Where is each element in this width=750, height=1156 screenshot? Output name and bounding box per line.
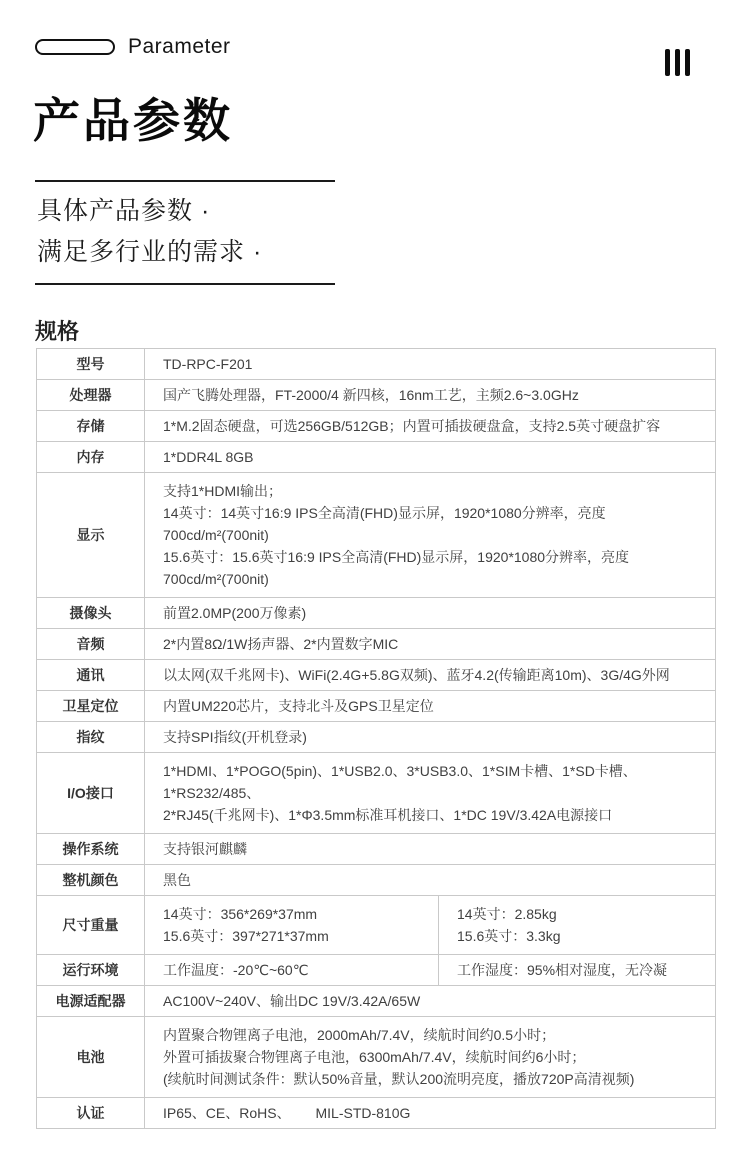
- row-value: TD-RPC-F201: [145, 349, 715, 379]
- row-value: 2*内置8Ω/1W扬声器、2*内置数字MIC: [145, 629, 715, 659]
- table-row: 操作系统支持银河麒麟: [37, 833, 715, 864]
- row-label: 摄像头: [37, 598, 145, 628]
- row-value-right: 工作湿度：95%相对湿度，无冷凝: [438, 955, 715, 985]
- value-line: 1*HDMI、1*POGO(5pin)、1*USB2.0、3*USB3.0、1*…: [163, 760, 701, 804]
- row-value: 以太网(双千兆网卡)、WiFi(2.4G+5.8G双频)、蓝牙4.2(传输距离1…: [145, 660, 715, 690]
- header-badge-row: Parameter: [35, 36, 231, 58]
- row-label: I/O接口: [37, 753, 145, 833]
- three-vertical-bars-icon: [665, 49, 690, 76]
- row-value-right: 14英寸：2.85kg15.6英寸：3.3kg: [438, 896, 715, 954]
- row-value-split: 14英寸：356*269*37mm15.6英寸：397*271*37mm14英寸…: [145, 896, 715, 954]
- value-line: 工作湿度：95%相对湿度，无冷凝: [457, 959, 705, 981]
- row-label: 操作系统: [37, 834, 145, 864]
- row-value: 支持SPI指纹(开机登录): [145, 722, 715, 752]
- value-line: TD-RPC-F201: [163, 353, 701, 375]
- table-row: 电源适配器AC100V~240V、输出DC 19V/3.42A/65W: [37, 985, 715, 1016]
- value-line: 2*内置8Ω/1W扬声器、2*内置数字MIC: [163, 633, 701, 655]
- value-line: 黑色: [163, 869, 701, 891]
- value-line: (续航时间测试条件：默认50%音量，默认200流明亮度，播放720P高清视频): [163, 1068, 701, 1090]
- row-label: 电池: [37, 1017, 145, 1097]
- parameter-label: Parameter: [128, 35, 231, 59]
- subtitle-text: 具体产品参数 · 满足多行业的需求 ·: [35, 182, 335, 283]
- table-row: 内存1*DDR4L 8GB: [37, 441, 715, 472]
- value-line: 15.6英寸：15.6英寸16:9 IPS全高清(FHD)显示屏，1920*10…: [163, 546, 701, 590]
- row-label: 卫星定位: [37, 691, 145, 721]
- row-label: 存储: [37, 411, 145, 441]
- value-line: 15.6英寸：397*271*37mm: [163, 925, 428, 947]
- row-label: 认证: [37, 1098, 145, 1128]
- row-label: 指纹: [37, 722, 145, 752]
- value-line: 支持SPI指纹(开机登录): [163, 726, 701, 748]
- value-line: 支持银河麒麟: [163, 838, 701, 860]
- table-row: 整机颜色黑色: [37, 864, 715, 895]
- table-row: 指纹支持SPI指纹(开机登录): [37, 721, 715, 752]
- row-value: 黑色: [145, 865, 715, 895]
- table-row: 处理器国产飞腾处理器，FT-2000/4 新四核，16nm工艺，主频2.6~3.…: [37, 379, 715, 410]
- row-label: 通讯: [37, 660, 145, 690]
- spec-table: 型号TD-RPC-F201处理器国产飞腾处理器，FT-2000/4 新四核，16…: [36, 348, 716, 1129]
- value-line: 国产飞腾处理器，FT-2000/4 新四核，16nm工艺，主频2.6~3.0GH…: [163, 384, 701, 406]
- value-line: 1*M.2固态硬盘，可选256GB/512GB；内置可插拔硬盘盒，支持2.5英寸…: [163, 415, 701, 437]
- value-line: 1*DDR4L 8GB: [163, 446, 701, 468]
- row-label: 型号: [37, 349, 145, 379]
- row-value-split: 工作温度：-20℃~60℃工作湿度：95%相对湿度，无冷凝: [145, 955, 715, 985]
- table-row: 摄像头前置2.0MP(200万像素): [37, 597, 715, 628]
- menu-bar: [685, 49, 690, 76]
- value-line: 内置聚合物锂离子电池，2000mAh/7.4V，续航时间约0.5小时；: [163, 1024, 701, 1046]
- row-value-left: 工作温度：-20℃~60℃: [145, 955, 438, 985]
- row-value: 支持银河麒麟: [145, 834, 715, 864]
- table-row: 卫星定位内置UM220芯片，支持北斗及GPS卫星定位: [37, 690, 715, 721]
- table-row: 音频2*内置8Ω/1W扬声器、2*内置数字MIC: [37, 628, 715, 659]
- row-label: 音频: [37, 629, 145, 659]
- table-row: I/O接口1*HDMI、1*POGO(5pin)、1*USB2.0、3*USB3…: [37, 752, 715, 833]
- row-label: 尺寸重量: [37, 896, 145, 954]
- row-value: 内置聚合物锂离子电池，2000mAh/7.4V，续航时间约0.5小时；外置可插拔…: [145, 1017, 715, 1097]
- subtitle-block: 具体产品参数 · 满足多行业的需求 ·: [35, 180, 335, 285]
- parameter-pill-outline-icon: [35, 39, 115, 55]
- subtitle-line-1: 具体产品参数 ·: [37, 191, 335, 232]
- value-line: 14英寸：356*269*37mm: [163, 903, 428, 925]
- row-label: 显示: [37, 473, 145, 597]
- row-value: 国产飞腾处理器，FT-2000/4 新四核，16nm工艺，主频2.6~3.0GH…: [145, 380, 715, 410]
- table-row: 存储1*M.2固态硬盘，可选256GB/512GB；内置可插拔硬盘盒，支持2.5…: [37, 410, 715, 441]
- row-value: 支持1*HDMI输出；14英寸：14英寸16:9 IPS全高清(FHD)显示屏，…: [145, 473, 715, 597]
- value-line: 前置2.0MP(200万像素): [163, 602, 701, 624]
- table-row: 运行环境工作温度：-20℃~60℃工作湿度：95%相对湿度，无冷凝: [37, 954, 715, 985]
- row-label: 处理器: [37, 380, 145, 410]
- table-row: 认证IP65、CE、RoHS、 MIL-STD-810G: [37, 1097, 715, 1128]
- value-line: IP65、CE、RoHS、 MIL-STD-810G: [163, 1102, 701, 1124]
- table-row: 尺寸重量14英寸：356*269*37mm15.6英寸：397*271*37mm…: [37, 895, 715, 954]
- row-value-left: 14英寸：356*269*37mm15.6英寸：397*271*37mm: [145, 896, 438, 954]
- row-value: 前置2.0MP(200万像素): [145, 598, 715, 628]
- divider-bottom: [35, 283, 335, 285]
- section-title-spec: 规格: [35, 315, 79, 346]
- table-row: 显示支持1*HDMI输出；14英寸：14英寸16:9 IPS全高清(FHD)显示…: [37, 472, 715, 597]
- subtitle-line-2: 满足多行业的需求 ·: [37, 232, 335, 273]
- table-row: 通讯以太网(双千兆网卡)、WiFi(2.4G+5.8G双频)、蓝牙4.2(传输距…: [37, 659, 715, 690]
- table-row: 电池内置聚合物锂离子电池，2000mAh/7.4V，续航时间约0.5小时；外置可…: [37, 1016, 715, 1097]
- menu-bar: [665, 49, 670, 76]
- value-line: 2*RJ45(千兆网卡)、1*Φ3.5mm标准耳机接口、1*DC 19V/3.4…: [163, 804, 701, 826]
- value-line: 14英寸：14英寸16:9 IPS全高清(FHD)显示屏，1920*1080分辨…: [163, 502, 701, 546]
- row-value: IP65、CE、RoHS、 MIL-STD-810G: [145, 1098, 715, 1128]
- value-line: 15.6英寸：3.3kg: [457, 925, 705, 947]
- value-line: 外置可插拔聚合物锂离子电池，6300mAh/7.4V，续航时间约6小时；: [163, 1046, 701, 1068]
- row-label: 内存: [37, 442, 145, 472]
- value-line: 14英寸：2.85kg: [457, 903, 705, 925]
- row-label: 电源适配器: [37, 986, 145, 1016]
- value-line: 支持1*HDMI输出；: [163, 480, 701, 502]
- page-title: 产品参数: [33, 84, 233, 151]
- value-line: 内置UM220芯片，支持北斗及GPS卫星定位: [163, 695, 701, 717]
- table-row: 型号TD-RPC-F201: [37, 349, 715, 379]
- product-parameter-page: Parameter 产品参数 具体产品参数 · 满足多行业的需求 · 规格 型号…: [0, 0, 750, 1156]
- value-line: 以太网(双千兆网卡)、WiFi(2.4G+5.8G双频)、蓝牙4.2(传输距离1…: [163, 664, 701, 686]
- value-line: 工作温度：-20℃~60℃: [163, 959, 428, 981]
- row-value: 1*DDR4L 8GB: [145, 442, 715, 472]
- row-label: 运行环境: [37, 955, 145, 985]
- row-value: 1*HDMI、1*POGO(5pin)、1*USB2.0、3*USB3.0、1*…: [145, 753, 715, 833]
- menu-bar: [675, 49, 680, 76]
- row-value: 内置UM220芯片，支持北斗及GPS卫星定位: [145, 691, 715, 721]
- value-line: AC100V~240V、输出DC 19V/3.42A/65W: [163, 990, 701, 1012]
- row-value: 1*M.2固态硬盘，可选256GB/512GB；内置可插拔硬盘盒，支持2.5英寸…: [145, 411, 715, 441]
- row-label: 整机颜色: [37, 865, 145, 895]
- row-value: AC100V~240V、输出DC 19V/3.42A/65W: [145, 986, 715, 1016]
